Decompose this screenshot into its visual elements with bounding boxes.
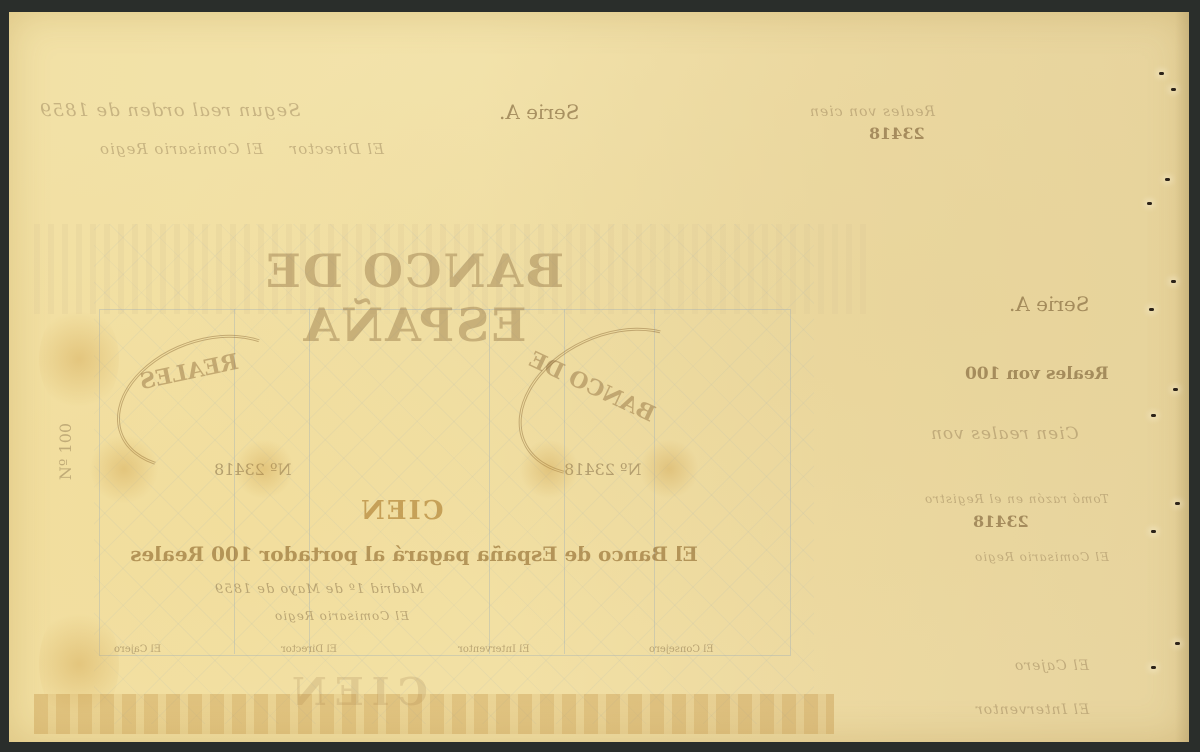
side-text: Nº 100 — [56, 423, 75, 480]
frame-divider — [489, 309, 490, 654]
counterfoil-signature-2: El Interventor — [975, 702, 1089, 718]
counterfoil-serial: 23418 — [973, 512, 1029, 531]
denomination-word: CIEN — [359, 496, 443, 526]
bottom-stain-band — [34, 694, 834, 734]
signature-labels: El Cajero El Director El Interventor El … — [114, 644, 714, 655]
top-serial: 23418 — [869, 124, 925, 143]
stain — [639, 439, 699, 499]
top-middle-script-1: El Comisario Regio — [99, 140, 263, 158]
promise-text: El Banco de España pagará al portador 10… — [104, 542, 724, 566]
perforation-hole — [1151, 414, 1156, 417]
perforation-hole — [1165, 178, 1170, 181]
counterfoil-place: Tomó razón en el Registro — [924, 492, 1109, 506]
banknote-paper: Segun real orden de 1859 El Comisario Re… — [9, 12, 1189, 742]
counterfoil-amount: Reales von 100 — [965, 364, 1109, 384]
signature-label: El Interventor — [458, 644, 530, 655]
perforation-hole — [1147, 202, 1152, 205]
top-right-script: Reales von cien — [809, 104, 935, 120]
perforation-hole — [1175, 502, 1180, 505]
signature-label: El Consejero — [649, 644, 714, 655]
perforation-hole — [1151, 530, 1156, 533]
perforation-hole — [1159, 72, 1164, 75]
perforation-hole — [1173, 388, 1178, 391]
promise-commissioner: El Comisario Regio — [274, 609, 409, 623]
stain — [39, 304, 119, 414]
frame-divider — [309, 309, 310, 654]
top-series: Serie A. — [499, 100, 580, 124]
stain — [234, 439, 294, 499]
perforation-hole — [1151, 666, 1156, 669]
perforation-hole — [1175, 642, 1180, 645]
top-middle-script-2: El Director — [289, 140, 384, 158]
signature-label: El Director — [281, 644, 337, 655]
note-body: BANCO DE ESPAÑA REALES BANCO DE Nº 23418… — [94, 224, 814, 724]
counterfoil-commissioner: El Comisario Regio — [974, 550, 1109, 564]
stain — [519, 439, 579, 499]
counterfoil-series: Serie A. — [1009, 292, 1090, 316]
promise-date: Madrid 1º de Mayo de 1859 — [214, 582, 423, 597]
counterfoil-signature-1: El Cajero — [1014, 658, 1089, 674]
top-handwritten-row: Segun real orden de 1859 El Comisario Re… — [29, 100, 1159, 170]
top-left-script: Segun real orden de 1859 — [39, 100, 301, 121]
perforation-hole — [1149, 308, 1154, 311]
perforation-hole — [1171, 88, 1176, 91]
stain — [89, 434, 159, 504]
signature-label: El Cajero — [114, 644, 161, 655]
counterfoil-amount-words: Cien reales von — [930, 424, 1079, 444]
perforation-hole — [1171, 280, 1176, 283]
